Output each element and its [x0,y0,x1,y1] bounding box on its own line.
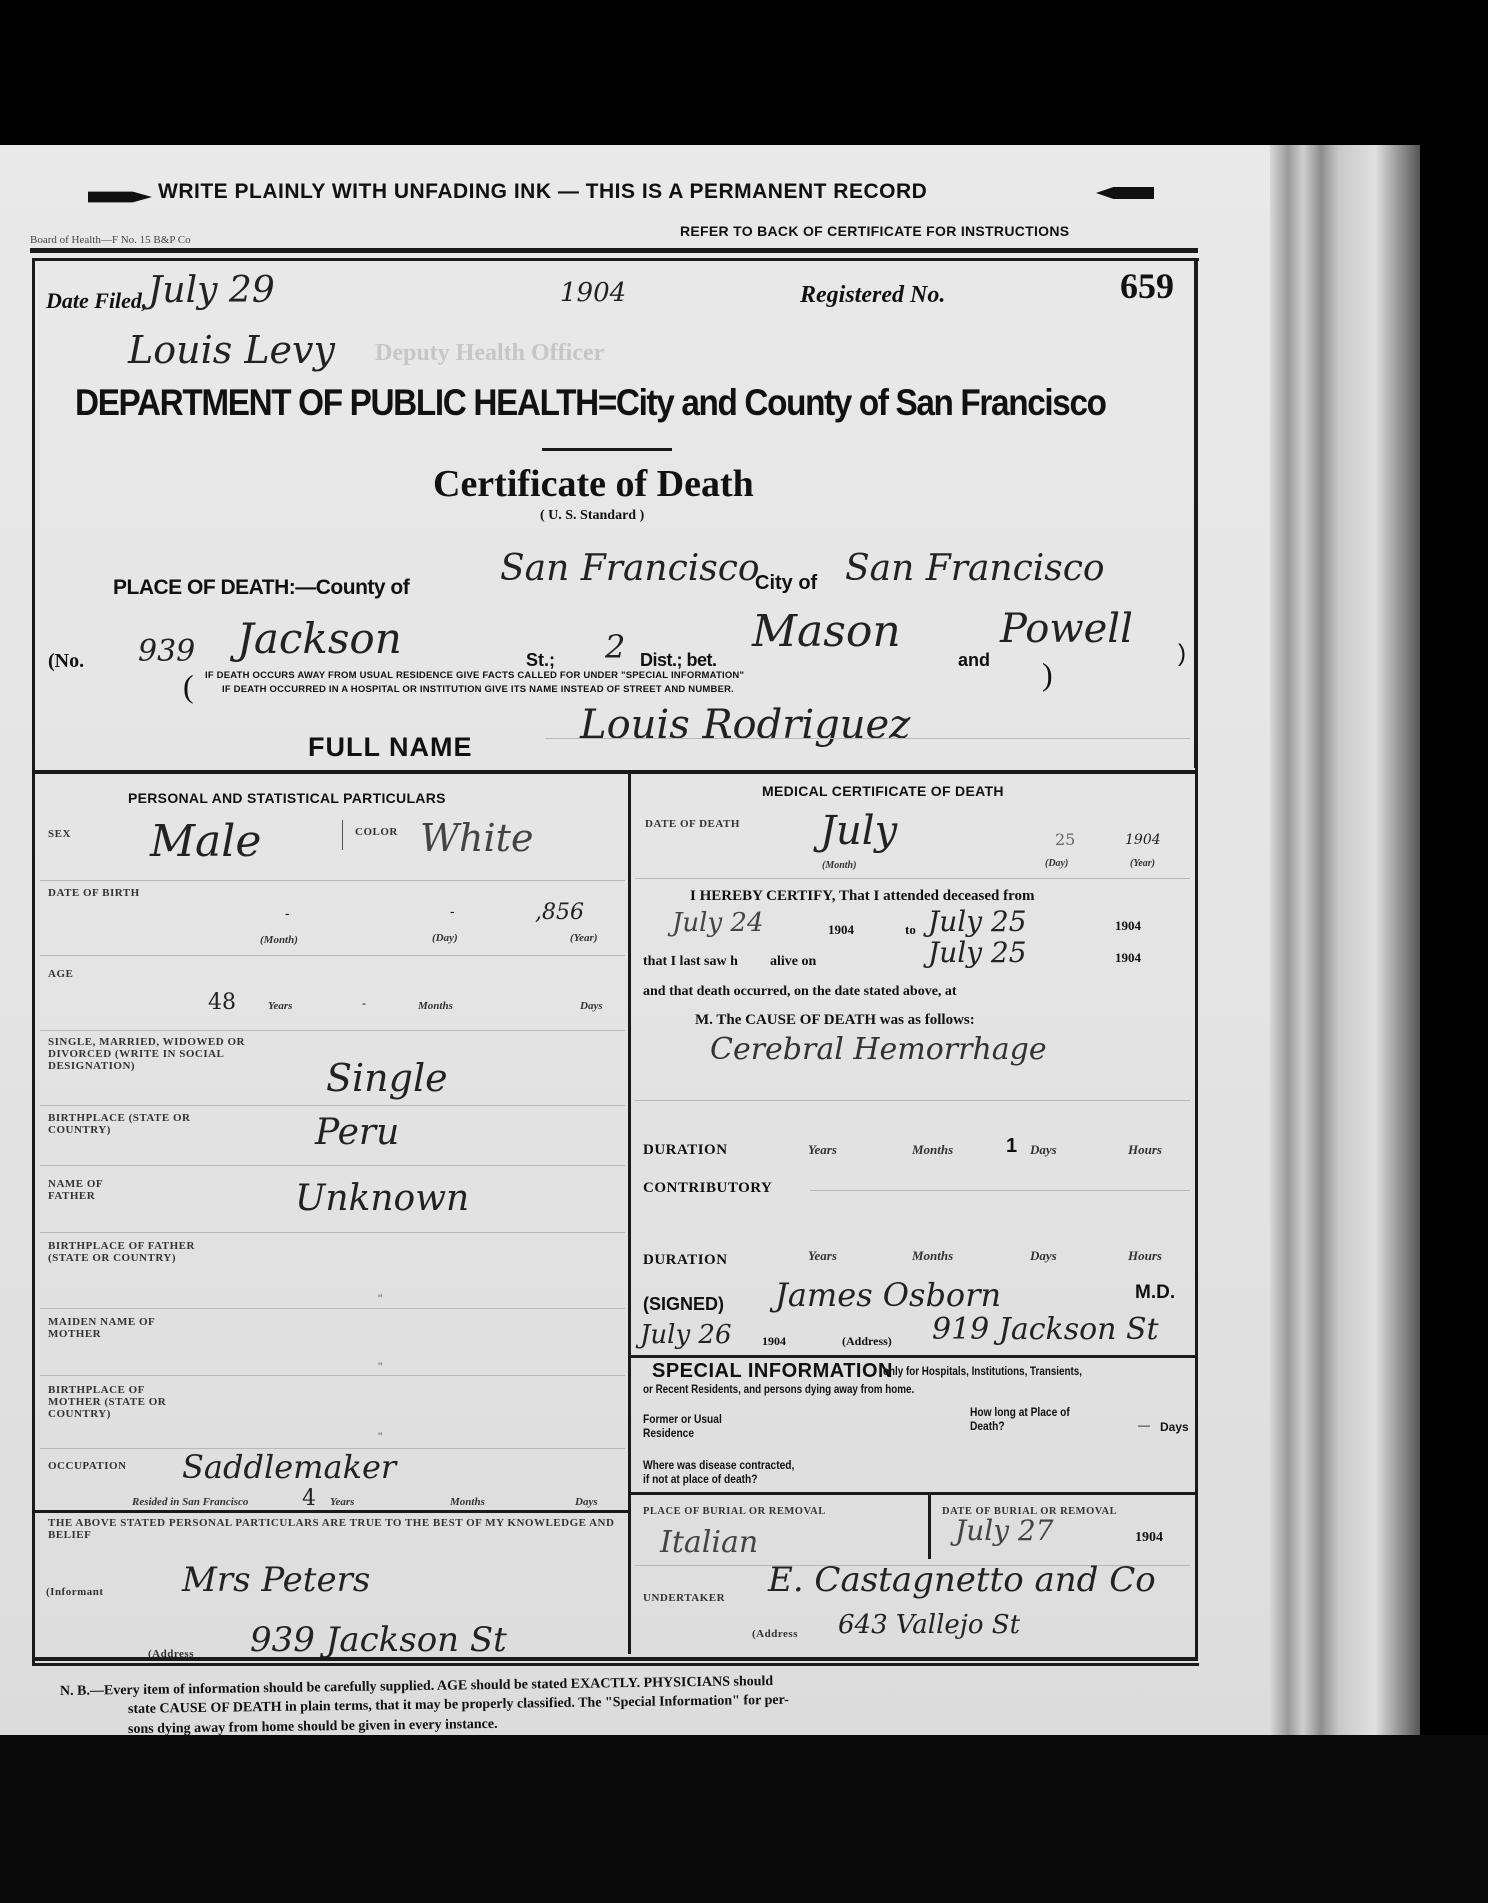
duration-days-label: Days [1030,1142,1057,1158]
age-months: - [362,996,366,1010]
burial-date: July 27 [955,1514,1054,1547]
burial-place-label: PLACE OF BURIAL OR REMOVAL [643,1506,826,1518]
registered-label: Registered No. [800,282,945,309]
last-saw-year: 1904 [1115,950,1141,966]
father-birthplace-value: " [378,1292,382,1306]
duration-hours-label-2: Hours [1128,1248,1162,1264]
attended-to: July 25 [928,905,1027,938]
banner-text: WRITE PLAINLY WITH UNFADING INK — THIS I… [158,180,927,204]
line [40,1165,625,1166]
street-value: Jackson [237,614,402,663]
line [40,1105,625,1106]
special-rule [631,1355,1195,1358]
district-value: 2 [605,628,625,666]
city-label: City of [755,572,817,595]
department-title: DEPARTMENT OF PUBLIC HEALTH=City and Cou… [75,382,1106,424]
marital-value: Single [326,1056,448,1100]
section-rule [35,770,1195,774]
md-label: M.D. [1135,1282,1175,1304]
certificate-subtitle: ( U. S. Standard ) [540,508,644,524]
date-filed-value: July 29 [148,270,275,311]
color-value: White [420,816,533,860]
title-rule [542,448,672,451]
officer-signature: Louis Levy [128,328,335,372]
resided-years-label: Years [330,1496,354,1508]
street-label: St.; [526,650,555,671]
full-name-label: FULL NAME [308,732,473,763]
duration-hours-label: Hours [1128,1142,1162,1158]
certify-text: I HEREBY CERTIFY, That I attended deceas… [690,888,1035,905]
duration-days-value: 1 [1006,1135,1017,1158]
physician-address: 919 Jackson St [932,1312,1159,1347]
place-of-death-label: PLACE OF DEATH:—County of [113,576,409,600]
date-filed-year: 1904 [560,278,626,308]
duration-months-label-2: Months [912,1248,953,1264]
cause-text: M. The CAUSE OF DEATH was as follows: [695,1012,975,1029]
dod-day-label: (Day) [1045,858,1068,869]
age-label: AGE [48,968,73,980]
age-years: 48 [208,990,236,1015]
sex-value: Male [150,816,261,867]
and-label: and [958,650,990,671]
district-label: Dist.; bet. [640,650,717,671]
last-saw-text: that I last saw h [643,954,738,970]
last-saw-text-2: alive on [770,954,816,970]
age-months-label: Months [418,1000,453,1012]
dod-label: DATE OF DEATH [645,818,740,830]
duration-years-label-2: Years [808,1248,837,1264]
frame-right-edge [1194,258,1198,768]
medical-heading: MEDICAL CERTIFICATE OF DEATH [762,783,1004,799]
contributory-label: CONTRIBUTORY [643,1180,772,1197]
father-label: NAME OF FATHER [48,1178,138,1202]
residence-note-2: IF DEATH OCCURRED IN A HOSPITAL OR INSTI… [222,684,734,695]
certificate-title: Certificate of Death [433,462,754,506]
signed-date: July 26 [640,1320,732,1350]
mother-birthplace-value: " [378,1430,382,1444]
line [40,880,625,881]
informant-value: Mrs Peters [182,1560,370,1600]
form-id: Board of Health—F No. 15 B&P Co [30,234,191,246]
color-label: COLOR [355,826,398,838]
dod-month: July [820,808,897,854]
address-close-paren: ) [1178,640,1186,668]
address-number: 939 [138,634,195,669]
last-saw-date: July 25 [928,936,1027,969]
marital-label: SINGLE, MARRIED, WIDOWED OR DIVORCED (Wr… [48,1036,278,1072]
contracted-label: Where was disease contracted, if not at … [643,1458,796,1486]
date-filed-label: Date Filed, [46,288,147,314]
cause-value: Cerebral Hemorrhage [710,1032,1047,1067]
dob-day: - [450,903,455,919]
undertaker-address-label: (Address [752,1628,798,1640]
full-name-line [545,738,1190,739]
column-divider [628,774,631,1654]
sex-color-divider [342,820,343,850]
line [40,1308,625,1309]
resided-label: Resided in San Francisco [132,1496,248,1508]
special-subtitle: only for Hospitals, Institutions, Transi… [883,1364,1082,1378]
birthplace-value: Peru [315,1112,399,1153]
sex-label: SEX [48,828,71,840]
duration-label: DURATION [643,1142,728,1159]
burial-place-value: Italian [660,1525,758,1560]
between-street-2: Powell [1000,606,1133,652]
paren-open: ( [183,668,194,705]
resided-days-label: Days [575,1496,598,1508]
between-street-1: Mason [752,606,901,657]
dob-year: ,856 [535,900,584,925]
line [635,878,1190,879]
duration-years-label: Years [808,1142,837,1158]
how-long-days-label: Days [1160,1420,1189,1434]
birthplace-label: BIRTHPLACE (State or Country) [48,1112,198,1136]
signed-label: (SIGNED) [643,1294,724,1315]
undertaker-label: UNDERTAKER [643,1592,725,1604]
undertaker-value: E. Castagnetto and Co [768,1560,1156,1600]
scan-background [0,1735,1488,1903]
dob-label: DATE OF BIRTH [48,887,140,899]
occupation-label: OCCUPATION [48,1460,127,1472]
informant-label: (Informant [46,1586,104,1598]
page-edge [1270,145,1420,1750]
father-birthplace-label: BIRTHPLACE OF FATHER (State or Country) [48,1240,198,1264]
occupation-value: Saddlemaker [182,1448,396,1486]
residence-note-1: IF DEATH OCCURS AWAY FROM USUAL RESIDENC… [205,670,744,681]
line [40,955,625,956]
dob-month-label: (Month) [260,934,298,946]
county-value: San Francisco [500,548,760,589]
dod-year: 1904 [1125,832,1161,848]
bottom-rule [32,1657,1198,1661]
line [40,1375,625,1376]
resided-months-label: Months [450,1496,485,1508]
former-residence-label: Former or Usual Residence [643,1412,724,1440]
signed-year: 1904 [762,1334,786,1349]
dod-year-label: (Year) [1130,858,1155,869]
mother-label: MAIDEN NAME OF MOTHER [48,1316,198,1340]
line [40,1232,625,1233]
to-label: to [905,922,916,938]
burial-divider [928,1494,931,1559]
frame-right-edge-lower [1195,768,1198,1660]
dob-year-label: (Year) [570,932,598,944]
age-years-label: Years [268,1000,292,1012]
line [635,1100,1190,1101]
burial-year: 1904 [1135,1530,1163,1546]
special-title: SPECIAL INFORMATION [652,1360,893,1383]
father-value: Unknown [295,1178,469,1219]
refer-instructions: REFER TO BACK OF CERTIFICATE FOR INSTRUC… [680,223,1069,239]
undertaker-address: 643 Vallejo St [838,1610,1020,1640]
attest-text: THE ABOVE STATED PERSONAL PARTICULARS AR… [48,1517,618,1541]
contributory-line [810,1190,1190,1191]
resided-years: 4 [302,1486,316,1511]
personal-heading: PERSONAL AND STATISTICAL PARTICULARS [128,790,446,806]
duration-label-2: DURATION [643,1252,728,1269]
attended-to-year: 1904 [1115,918,1141,934]
attest-rule [35,1510,628,1513]
occurred-text: and that death occurred, on the date sta… [643,984,957,1000]
physician-signature: James Osborn [775,1276,1001,1314]
paren-close: ) [1042,656,1053,693]
special-subtitle-2: or Recent Residents, and persons dying a… [643,1382,914,1396]
informant-address: 939 Jackson St [250,1620,507,1660]
city-value: San Francisco [845,548,1105,589]
attended-from-year: 1904 [828,922,854,938]
burial-rule [631,1492,1195,1495]
age-days-label: Days [580,1000,603,1012]
dob-month: - [285,905,290,921]
how-long-value: — [1138,1418,1150,1432]
physician-address-label: (Address) [842,1334,892,1349]
dod-month-label: (Month) [822,860,856,871]
attended-from: July 24 [672,908,764,938]
dob-day-label: (Day) [432,932,458,944]
duration-days-label-2: Days [1030,1248,1057,1264]
header-rule [30,248,1198,253]
registered-number: 659 [1120,265,1174,307]
full-name-value: Louis Rodriguez [580,702,910,748]
address-number-label: (No. [48,650,84,673]
mother-birthplace-label: BIRTHPLACE OF MOTHER (State or Country) [48,1384,198,1420]
dod-day: 25 [1055,830,1075,849]
mother-value: " [378,1360,382,1374]
how-long-label: How long at Place of Death? [970,1405,1072,1433]
line [40,1030,625,1031]
duration-months-label: Months [912,1142,953,1158]
officer-title: Deputy Health Officer [375,340,604,367]
